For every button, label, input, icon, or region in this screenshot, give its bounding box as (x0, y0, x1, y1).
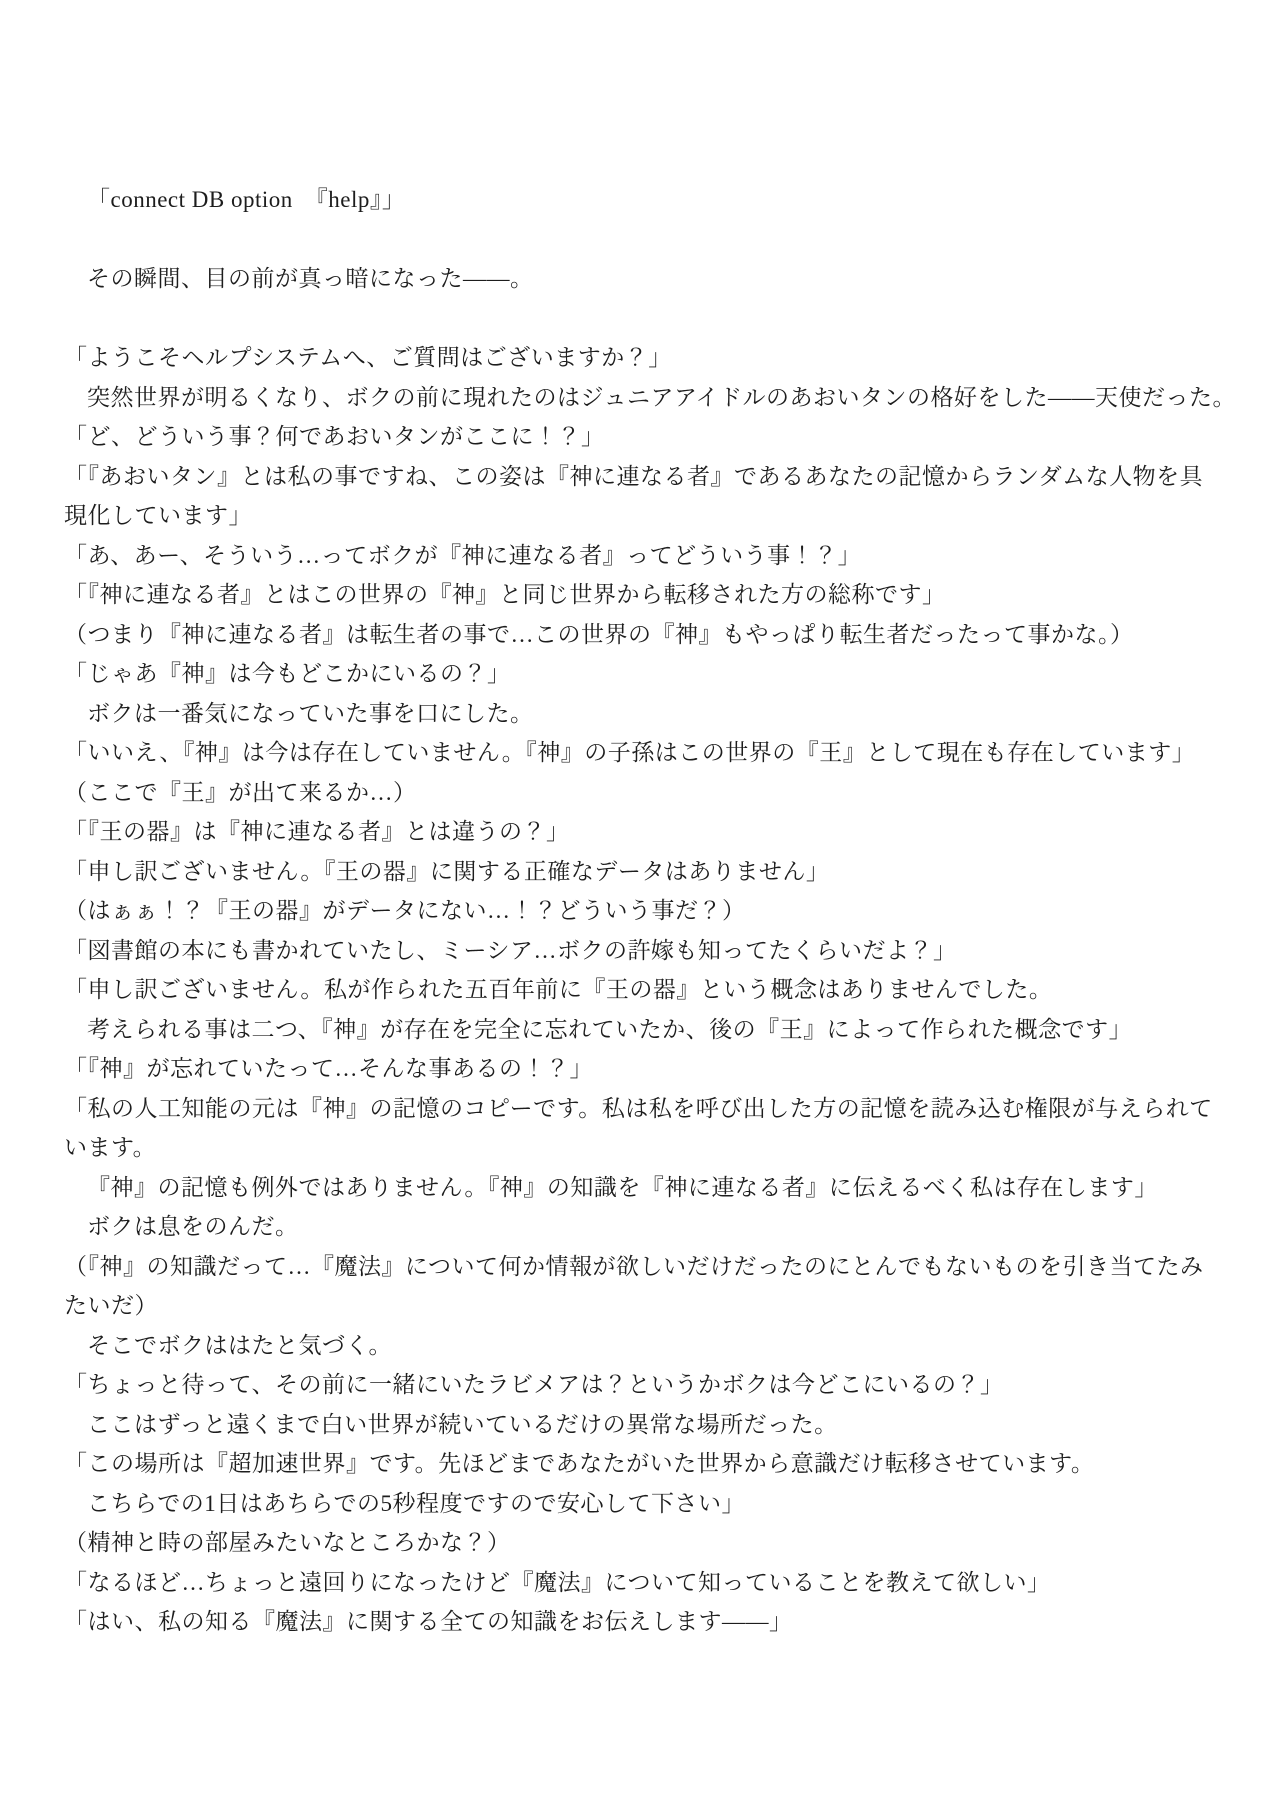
text-line: たいだ） (64, 1286, 1224, 1326)
text-line: 『神』の記憶も例外ではありません。『神』の知識を『神に連なる者』に伝えるべく私は… (64, 1168, 1224, 1208)
blank-line (64, 299, 1224, 339)
text-line: います。 (64, 1128, 1224, 1168)
text-line: 「ど、どういう事？何であおいタンがここに！？」 (64, 417, 1224, 457)
text-line: 「『神』が忘れていたって…そんな事あるの！？」 (64, 1049, 1224, 1089)
text-line: 現化しています」 (64, 496, 1224, 536)
text-line: 「なるほど…ちょっと遠回りになったけど『魔法』について知っていることを教えて欲し… (64, 1563, 1224, 1603)
text-line: 「私の人工知能の元は『神』の記憶のコピーです。私は私を呼び出した方の記憶を読み込… (64, 1089, 1224, 1129)
text-line: 「ちょっと待って、その前に一緒にいたラビメアは？というかボクは今どこにいるの？」 (64, 1365, 1224, 1405)
text-line: 「『神に連なる者』とはこの世界の『神』と同じ世界から転移された方の総称です」 (64, 575, 1224, 615)
text-line: 「じゃあ『神』は今もどこかにいるの？」 (64, 654, 1224, 694)
text-line: 「図書館の本にも書かれていたし、ミーシア…ボクの許嫁も知ってたくらいだよ？」 (64, 931, 1224, 971)
text-line: 「『あおいタン』とは私の事ですね、この姿は『神に連なる者』であるあなたの記憶から… (64, 457, 1224, 497)
text-line: 考えられる事は二つ、『神』が存在を完全に忘れていたか、後の『王』によって作られた… (64, 1010, 1224, 1050)
blank-line (64, 220, 1224, 260)
text-line: 突然世界が明るくなり、ボクの前に現れたのはジュニアアイドルのあおいタンの格好をし… (64, 378, 1224, 418)
text-line: （『神』の知識だって…『魔法』について何か情報が欲しいだけだったのにとんでもない… (64, 1247, 1224, 1287)
text-line: その瞬間、目の前が真っ暗になった――。 (64, 259, 1224, 299)
text-line: 「この場所は『超加速世界』です。先ほどまであなたがいた世界から意識だけ転移させて… (64, 1444, 1224, 1484)
text-line: 「connect DB option 『help』」 (64, 180, 1224, 220)
text-line: 「ようこそヘルプシステムへ、ご質問はございますか？」 (64, 338, 1224, 378)
text-line: （つまり『神に連なる者』は転生者の事で…この世界の『神』もやっぱり転生者だったっ… (64, 615, 1224, 655)
text-line: 「あ、あー、そういう…ってボクが『神に連なる者』ってどういう事！？」 (64, 536, 1224, 576)
text-line: 「申し訳ございません。私が作られた五百年前に『王の器』という概念はありませんでし… (64, 970, 1224, 1010)
text-line: 「申し訳ございません。『王の器』に関する正確なデータはありません」 (64, 852, 1224, 892)
novel-page: 「connect DB option 『help』」その瞬間、目の前が真っ暗にな… (0, 0, 1280, 1807)
text-line: （ここで『王』が出て来るか…） (64, 773, 1224, 813)
text-line: （はぁぁ！？『王の器』がデータにない…！？どういう事だ？） (64, 891, 1224, 931)
text-line: （精神と時の部屋みたいなところかな？） (64, 1523, 1224, 1563)
text-line: 「『王の器』は『神に連なる者』とは違うの？」 (64, 812, 1224, 852)
text-lines: 「connect DB option 『help』」その瞬間、目の前が真っ暗にな… (64, 180, 1224, 1642)
text-line: そこでボクははたと気づく。 (64, 1326, 1224, 1366)
text-line: ボクは息をのんだ。 (64, 1207, 1224, 1247)
text-line: ボクは一番気になっていた事を口にした。 (64, 694, 1224, 734)
text-line: 「はい、私の知る『魔法』に関する全ての知識をお伝えします――」 (64, 1602, 1224, 1642)
text-line: ここはずっと遠くまで白い世界が続いているだけの異常な場所だった。 (64, 1405, 1224, 1445)
text-line: こちらでの1日はあちらでの5秒程度ですので安心して下さい」 (64, 1484, 1224, 1524)
text-line: 「いいえ、『神』は今は存在していません。『神』の子孫はこの世界の『王』として現在… (64, 733, 1224, 773)
